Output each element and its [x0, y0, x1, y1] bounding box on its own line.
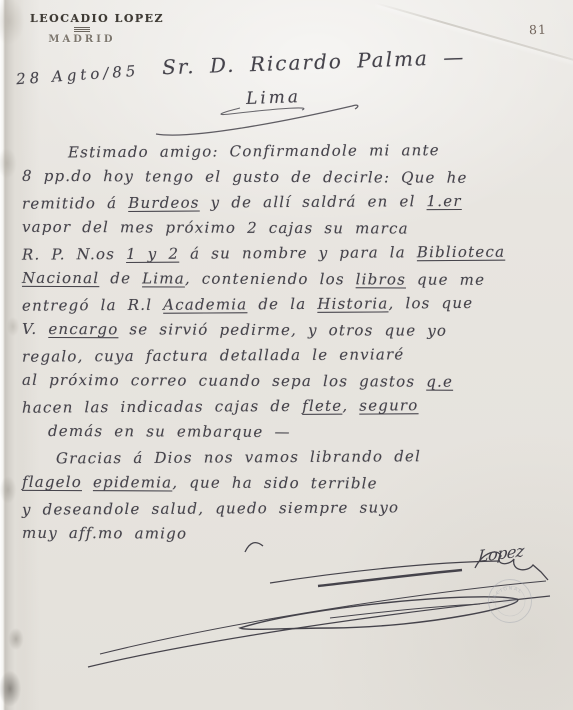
letter-line: vapor del mes próximo 2 cajas su marca: [22, 214, 558, 242]
letter-line: entregó la R.l Academia de la Historia, …: [22, 290, 558, 319]
letter-line: 8 pp.do hoy tengo el gusto de decirle: Q…: [22, 163, 558, 191]
letter-line: remitido á Burdeos y de allí saldrá en e…: [22, 188, 558, 217]
letter-line: al próximo correo cuando sepa los gastos…: [22, 367, 558, 395]
letter-line: flagelo epidemia, que ha sido terrible: [22, 469, 558, 497]
letter-line: Nacional de Lima, conteniendo los libros…: [22, 265, 558, 293]
letter-date: 28 Agto/85: [16, 62, 140, 89]
recipient-line: Sr. D. Ricardo Palma —: [162, 45, 466, 80]
letterhead-rule: [74, 27, 90, 32]
letter-line: hacen las indicadas cajas de flete, segu…: [22, 392, 558, 421]
letterhead-city: MADRID: [30, 34, 134, 45]
letter-line: V. encargo se sirvió pedirme, y otros qu…: [22, 316, 558, 344]
letterhead: LEOCADIO LOPEZ MADRID: [30, 12, 134, 45]
library-stamp: NACIONAL: [486, 577, 534, 625]
letter-line: regalo, cuya factura detallada le enviar…: [22, 341, 558, 370]
letter-page: 81 LEOCADIO LOPEZ MADRID 28 Agto/85 Sr. …: [0, 0, 573, 710]
letter-line: y deseandole salud, quedo siempre suyo: [22, 494, 558, 523]
place-underline-flourish: [152, 94, 367, 142]
letter-line: demás en su embarque —: [22, 418, 558, 446]
letterhead-name: LEOCADIO LOPEZ: [30, 12, 134, 25]
letter-line: Gracias á Dios nos vamos librando del: [22, 443, 558, 472]
letter-line: R. P. N.os 1 y 2 á su nombre y para la B…: [22, 239, 558, 268]
letter-line: Estimado amigo: Confirmandole mi ante: [22, 137, 558, 166]
page-number: 81: [529, 22, 547, 38]
letter-body: Estimado amigo: Confirmandole mi ante8 p…: [22, 139, 558, 547]
